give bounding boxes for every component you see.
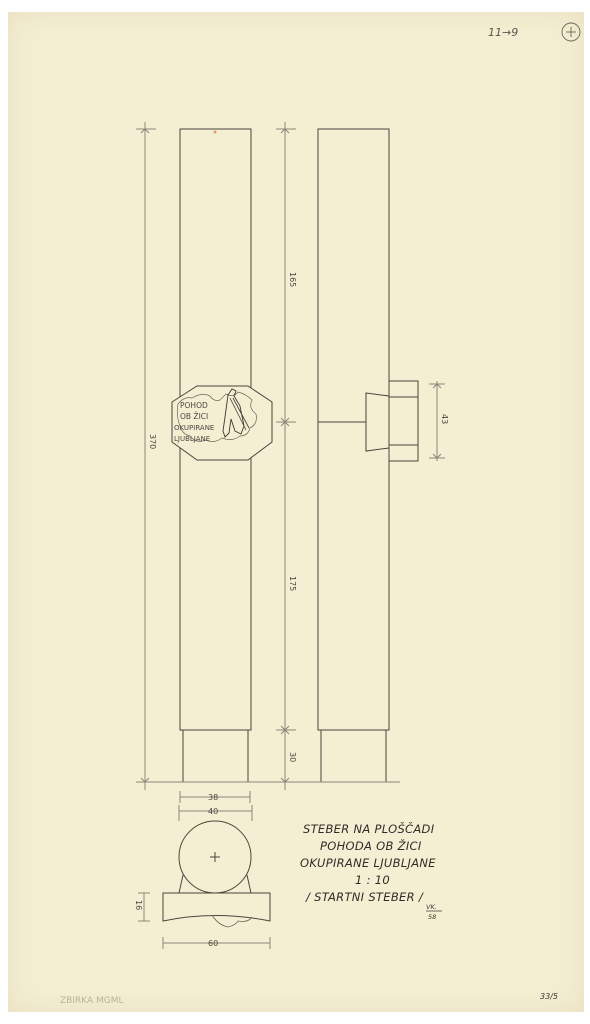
- dim-total-height: 370: [148, 434, 157, 449]
- dim-emblem-height: 43: [440, 414, 449, 424]
- emblem-line-4: LJUBLJANE: [174, 435, 210, 443]
- dim-base-height: 30: [288, 752, 297, 762]
- title-line-5: / STARTNI STEBER /: [305, 890, 424, 904]
- author-initials: VK.: [426, 903, 437, 911]
- emblem-plaque: [172, 386, 272, 460]
- dimension-total-height: [136, 122, 156, 790]
- drawing-year: 58: [428, 913, 436, 921]
- dim-plan-column-width: 40: [208, 807, 218, 816]
- emblem-line-2: OB ŽICI: [180, 412, 208, 421]
- orange-mark: [214, 131, 217, 134]
- dim-upper-segment: 165: [288, 272, 297, 287]
- plan-base-slab: [163, 893, 270, 921]
- dim-plan-base-depth: 16: [134, 900, 143, 910]
- side-column-shaft: [318, 129, 389, 730]
- dimension-segments: [262, 122, 318, 790]
- archive-stamp: ZBIRKA MGML: [60, 996, 124, 1006]
- emblem-line-3: OKUPIRANE: [174, 424, 214, 432]
- emblem-line-1: POHOD: [180, 401, 208, 410]
- architectural-drawing: 11→9 POHOD OB ŽICI OKUPIRANE LJUBLJANE 3…: [0, 0, 590, 1024]
- dim-plan-top-width: 38: [208, 793, 218, 802]
- title-line-2: POHODA OB ŽICI: [320, 838, 422, 853]
- front-elevation: [138, 129, 272, 782]
- plan-dimensions: [138, 791, 270, 949]
- dim-lower-segment: 175: [288, 576, 297, 591]
- title-line-3: OKUPIRANE LJUBLJANE: [300, 856, 436, 870]
- title-block: STEBER NA PLOŠČADI POHODA OB ŽICI OKUPIR…: [300, 821, 437, 921]
- title-line-1: STEBER NA PLOŠČADI: [303, 821, 435, 836]
- title-line-4-scale: 1 : 10: [355, 873, 390, 887]
- plan-view: [163, 821, 270, 927]
- side-emblem-profile: [366, 393, 389, 451]
- dim-plan-base-width: 60: [208, 939, 218, 948]
- sheet-number: 33/5: [540, 992, 558, 1001]
- corner-note: 11→9: [488, 26, 518, 39]
- side-elevation: [318, 129, 418, 782]
- side-emblem-bracket: [389, 381, 418, 461]
